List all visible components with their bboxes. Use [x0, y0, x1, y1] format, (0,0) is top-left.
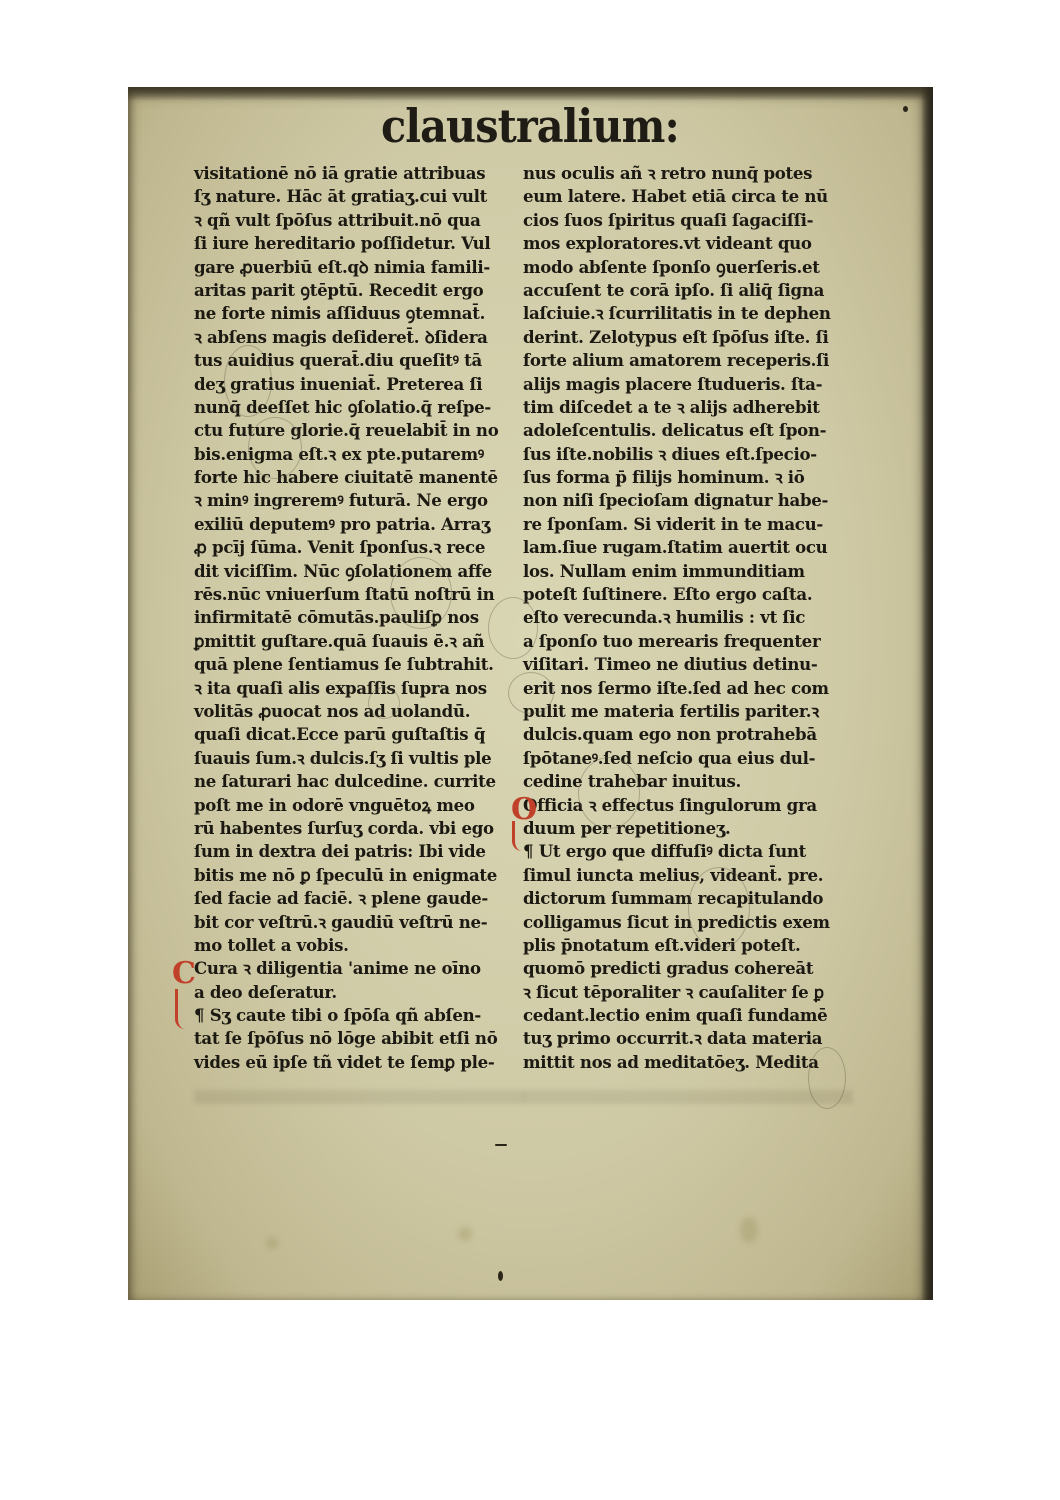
watermark-curl	[508, 672, 554, 714]
text-line: bit cor veſtrū.ꝛ gaudiū veſtrū ne-	[194, 911, 524, 934]
watermark-curl	[688, 867, 750, 949]
text-line: rū habentes ſurſuʒ corda. vbi ego	[194, 817, 524, 840]
text-line: modo abſente ſponſo ꝯuerſeris.et	[523, 256, 853, 279]
text-line: exiliū deputemꝰ pro patria. Arraʒ	[194, 513, 524, 536]
ink-spot	[495, 1144, 507, 1146]
text-line: ctu future glorie.q̄ reuelabit̄ in no	[194, 419, 524, 442]
text-line: rēs.nūc vniuerſum ſtatū noſtrū in	[194, 583, 524, 606]
text-line: ¶ Ut ergo que diffuſiꝰ dicta ſunt	[523, 840, 853, 863]
text-line: viſitari. Timeo ne diutius detinu-	[523, 653, 853, 676]
text-line: poſt me in odorē vnguētoꝝ meo	[194, 794, 524, 817]
page-binding-edge	[921, 87, 933, 1300]
ink-spot	[903, 106, 908, 112]
text-line: derint. Zelotypus eſt ſpōſus iſte. ſi	[523, 326, 853, 349]
text-line: mo tollet a vobis.	[194, 934, 524, 957]
text-line: forte hic habere ciuitatē manentē	[194, 466, 524, 489]
text-line: Cura ꝛ diligentia 'anime ne oīno	[194, 957, 524, 980]
text-line: ſus iſte.nobilis ꝛ diues eſt.ſpecio-	[523, 443, 853, 466]
text-line: ſimul iuncta melius, videant̄. pre.	[523, 864, 853, 887]
text-line: ſʒ nature. Hāc āt gratiaʒ.cui vult	[194, 185, 524, 208]
text-line: vides eū ipſe tñ videt te ſemꝑ ple-	[194, 1051, 524, 1074]
text-line: dit viciſſim. Nūc ꝯſolationem affe	[194, 560, 524, 583]
text-line: nus oculis añ ꝛ retro nunq̄ potes	[523, 162, 853, 185]
text-line: non niſi ſpecioſam dignatur habe-	[523, 489, 853, 512]
text-line: ſus forma p̄ filijs hominum. ꝛ iō	[523, 466, 853, 489]
text-line: plis p̄notatum eſt.videri poteſt.	[523, 934, 853, 957]
text-line: ſi iure hereditario poſſidetur. Vul	[194, 232, 524, 255]
right-column: nus oculis añ ꝛ retro nunq̄ poteseum lat…	[523, 162, 853, 1074]
rubric-flourish-right	[512, 821, 525, 851]
text-line: ꝛ ſicut tēporaliter ꝛ cauſaliter ſe ꝑ	[523, 981, 853, 1004]
watermark-curl	[248, 417, 302, 479]
watermark-curl	[224, 345, 272, 417]
text-line: aritas parit ꝯtēptū. Recedit ergo	[194, 279, 524, 302]
text-line: duum per repetitioneʒ.	[523, 817, 853, 840]
text-line: cedine trahebar inuitus.	[523, 770, 853, 793]
text-line: tat ſe ſpōſus nō lōge abibit etſi nō	[194, 1027, 524, 1050]
text-line: pulit me materia fertilis pariter.ꝛ	[523, 700, 853, 723]
text-line: alijs magis placere ſtudueris. ſta-	[523, 373, 853, 396]
text-line: a ſponſo tuo merearis frequenter	[523, 630, 853, 653]
text-line: a deo deſeratur.	[194, 981, 524, 1004]
text-line: ꝛ qñ vult ſpōſus attribuit.nō qua	[194, 209, 524, 232]
text-line: ¶ Sʒ caute tibi o ſpōſa qñ abſen-	[194, 1004, 524, 1027]
text-line: mittit nos ad meditatōeʒ. Medita	[523, 1051, 853, 1074]
text-line: ꝑmittit guſtare.quā ſuauis ē.ꝛ añ	[194, 630, 524, 653]
left-column: visitationē nō iā gratie attribuasſʒ nat…	[194, 162, 524, 1074]
text-line: poteſt ſuſtinere. Eſto ergo caſta.	[523, 583, 853, 606]
text-line: lam.ſiue rugam.ſtatim auertit ocu	[523, 536, 853, 559]
text-line: infirmitatē cōmutās.pauliſꝑ nos	[194, 606, 524, 629]
show-through	[523, 1090, 853, 1104]
text-line: cios ſuos ſpiritus quaſi ſagaciſſi-	[523, 209, 853, 232]
text-line: ſed facie ad faciē. ꝛ plene gaude-	[194, 887, 524, 910]
rubric-flourish-left	[175, 989, 190, 1029]
text-line: ſum in dextra dei patris: Ibi vide	[194, 840, 524, 863]
text-line: gare ꝓuerbiū eſt.qꝺ nimia famili-	[194, 256, 524, 279]
text-line: mos exploratores.vt videant quo	[523, 232, 853, 255]
text-line: quomō predicti gradus cohereāt	[523, 957, 853, 980]
text-line: ne ſaturari hac dulcedine. currite	[194, 770, 524, 793]
text-line: erit nos ſermo iſte.ſed ad hec com	[523, 677, 853, 700]
text-line: cedant.lectio enim quaſi fundamē	[523, 1004, 853, 1027]
text-line: ne forte nimis aſſiduus ꝯtemnat̄.	[194, 302, 524, 325]
watermark-curl	[578, 757, 640, 829]
text-line: adoleſcentulis. delicatus eſt ſpon-	[523, 419, 853, 442]
text-line: forte alium amatorem receperis.ſi	[523, 349, 853, 372]
text-line: ꝓ pcīj ſūma. Venit ſponſus.ꝛ rece	[194, 536, 524, 559]
text-line: quā plene ſentiamus ſe ſubtrahit.	[194, 653, 524, 676]
text-line: eſto verecunda.ꝛ humilis : vt ſic	[523, 606, 853, 629]
ink-spot	[498, 1271, 503, 1281]
watermark-curl	[390, 557, 452, 629]
text-line: visitationē nō iā gratie attribuas	[194, 162, 524, 185]
manuscript-page: claustralium: visitationē nō iā gratie a…	[128, 87, 933, 1300]
text-line: ꝛ ita quaſi alis expaſſis ſupra nos	[194, 677, 524, 700]
text-line: tuʒ primo occurrit.ꝛ data materia	[523, 1027, 853, 1050]
text-line: laſciuie.ꝛ ſcurrilitatis in te dephen	[523, 302, 853, 325]
paper-stain	[458, 1227, 472, 1241]
text-line: accuſent te corā ipſo. ſi aliq̄ ſigna	[523, 279, 853, 302]
running-head: claustralium:	[381, 99, 615, 153]
text-line: quaſi dicat.Ecce parū guſtaſtis q̄	[194, 723, 524, 746]
text-line: ꝛ minꝰ ingreremꝰ futurā. Ne ergo	[194, 489, 524, 512]
text-line: volitās ꝓuocat nos ad uolandū.	[194, 700, 524, 723]
text-line: ſuauis ſum.ꝛ dulcis.ſʒ ſi vultis ple	[194, 747, 524, 770]
text-line: bis.enigma eſt.ꝛ ex pte.putaremꝰ	[194, 443, 524, 466]
text-line: bitis me nō ꝑ ſpeculū in enigmate	[194, 864, 524, 887]
watermark-curl	[368, 687, 400, 719]
rubric-initial-left: C	[172, 959, 196, 989]
paper-stain	[266, 1237, 278, 1249]
text-line: eum latere. Habet etiā circa te nū	[523, 185, 853, 208]
paper-stain	[740, 1217, 758, 1243]
text-line: tim diſcedet a te ꝛ alijs adherebit	[523, 396, 853, 419]
text-line: dulcis.quam ego non protrahebā	[523, 723, 853, 746]
watermark-curl	[488, 597, 538, 659]
text-line: Officia ꝛ effectus ſingulorum gra	[523, 794, 853, 817]
text-line: los. Nullam enim immunditiam	[523, 560, 853, 583]
text-line: re ſponſam. Si viderit in te macu-	[523, 513, 853, 536]
text-line: ſpōtaneꝰ.ſed neſcio qua eius dul-	[523, 747, 853, 770]
show-through	[194, 1090, 524, 1104]
